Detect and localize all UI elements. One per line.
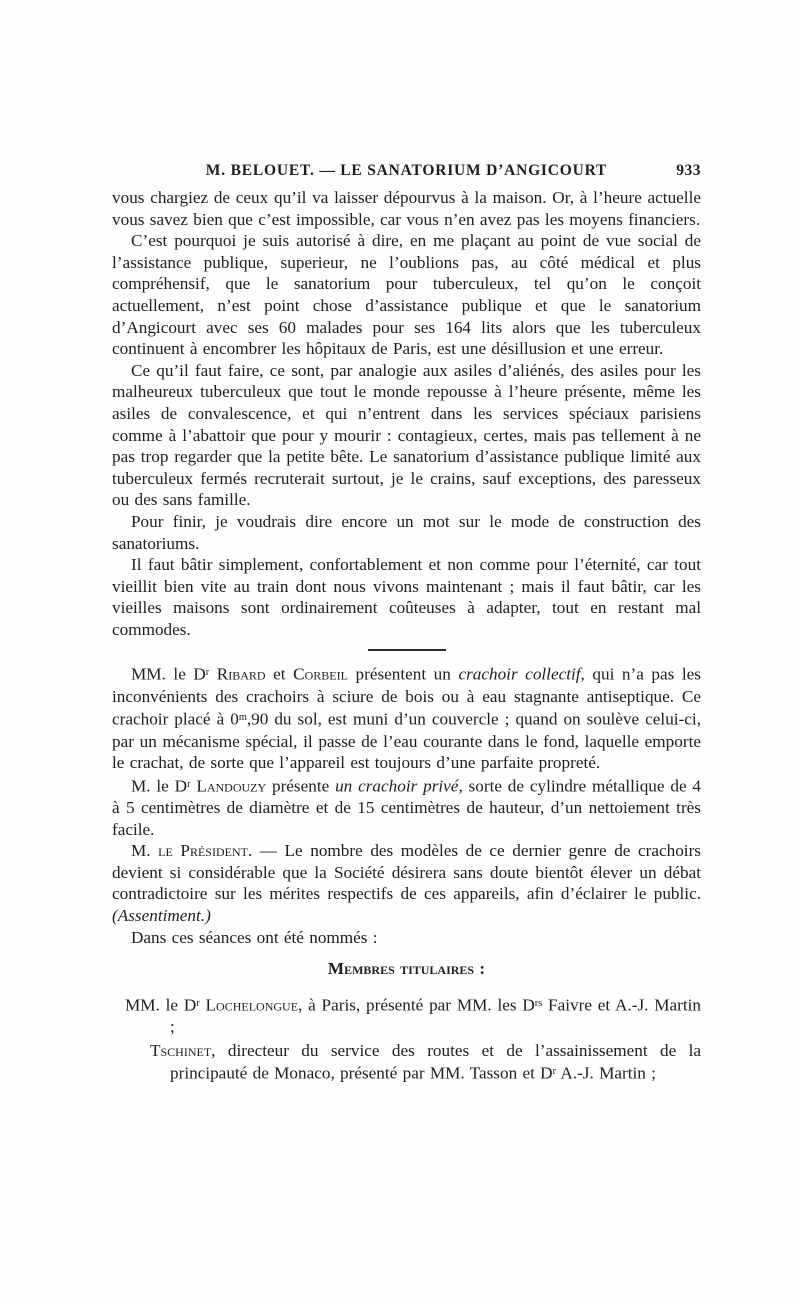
section-divider bbox=[368, 649, 446, 651]
text-segment: un crachoir privé bbox=[335, 776, 458, 795]
text-segment: A.-J. Martin ; bbox=[556, 1064, 656, 1083]
member-entry: MM. le Dr Lochelongue, à Paris, présenté… bbox=[112, 993, 701, 1038]
text-segment: r bbox=[187, 779, 190, 790]
text-segment: M. bbox=[131, 841, 158, 860]
text-segment: crachoir collectif bbox=[458, 665, 580, 684]
text-segment: Tschinet bbox=[150, 1041, 211, 1060]
text-segment: le Président bbox=[158, 841, 248, 860]
paragraph: Ce qu’il faut faire, ce sont, par analog… bbox=[112, 360, 701, 511]
text-segment: MM. le D bbox=[131, 665, 206, 684]
text-segment: Il faut bâtir simplement, confortablemen… bbox=[112, 555, 701, 639]
text-segment: et bbox=[266, 665, 294, 684]
member-entry: Tschinet, directeur du service des route… bbox=[112, 1040, 701, 1085]
paragraph: MM. le Dr Ribard et Corbeil présentent u… bbox=[112, 662, 701, 773]
text-segment bbox=[209, 665, 217, 684]
text-segment: Dans ces séances ont été nommés : bbox=[131, 928, 378, 947]
page-body: vous chargiez de ceux qu’il va laisser d… bbox=[112, 187, 701, 1084]
text-segment: Lochelongue bbox=[206, 995, 299, 1014]
text-segment: Ce qu’il faut faire, ce sont, par analog… bbox=[112, 361, 701, 510]
page-number: 933 bbox=[676, 162, 701, 180]
text-segment: m bbox=[239, 712, 247, 723]
paragraph: Pour finir, je voudrais dire encore un m… bbox=[112, 511, 701, 554]
text-segment: présentent un bbox=[348, 665, 459, 684]
running-head: M. BELOUET. — LE SANATORIUM D’ANGICOURT … bbox=[112, 162, 701, 180]
text-segment: C’est pourquoi je suis autorisé à dire, … bbox=[112, 231, 701, 358]
paragraph: M. le Dr Landouzy présente un crachoir p… bbox=[112, 774, 701, 840]
text-segment: Membres titulaires : bbox=[328, 959, 485, 978]
text-segment: MM. le D bbox=[125, 995, 196, 1014]
paragraph: M. le Président. — Le nombre des modèles… bbox=[112, 840, 701, 926]
text-segment: M. le D bbox=[131, 776, 187, 795]
scanned-document-page: M. BELOUET. — LE SANATORIUM D’ANGICOURT … bbox=[0, 0, 800, 1304]
text-segment: Corbeil bbox=[293, 665, 348, 684]
header-title: M. BELOUET. — LE SANATORIUM D’ANGICOURT bbox=[206, 162, 607, 179]
text-segment: présente bbox=[266, 776, 335, 795]
paragraph: C’est pourquoi je suis autorisé à dire, … bbox=[112, 230, 701, 360]
section-heading: Membres titulaires : bbox=[112, 958, 701, 980]
text-column: M. BELOUET. — LE SANATORIUM D’ANGICOURT … bbox=[112, 162, 701, 1084]
text-segment: vous chargiez de ceux qu’il va laisser d… bbox=[112, 188, 701, 229]
text-segment: Ribard bbox=[217, 665, 266, 684]
text-segment: Pour finir, je voudrais dire encore un m… bbox=[112, 512, 701, 553]
paragraph: Il faut bâtir simplement, confortablemen… bbox=[112, 554, 701, 640]
paragraph: Dans ces séances ont été nommés : bbox=[112, 927, 701, 949]
text-segment: Landouzy bbox=[196, 776, 266, 795]
paragraph: vous chargiez de ceux qu’il va laisser d… bbox=[112, 187, 701, 230]
text-segment: (Assentiment.) bbox=[112, 906, 211, 925]
text-segment: , à Paris, présenté par MM. les D bbox=[298, 995, 535, 1014]
